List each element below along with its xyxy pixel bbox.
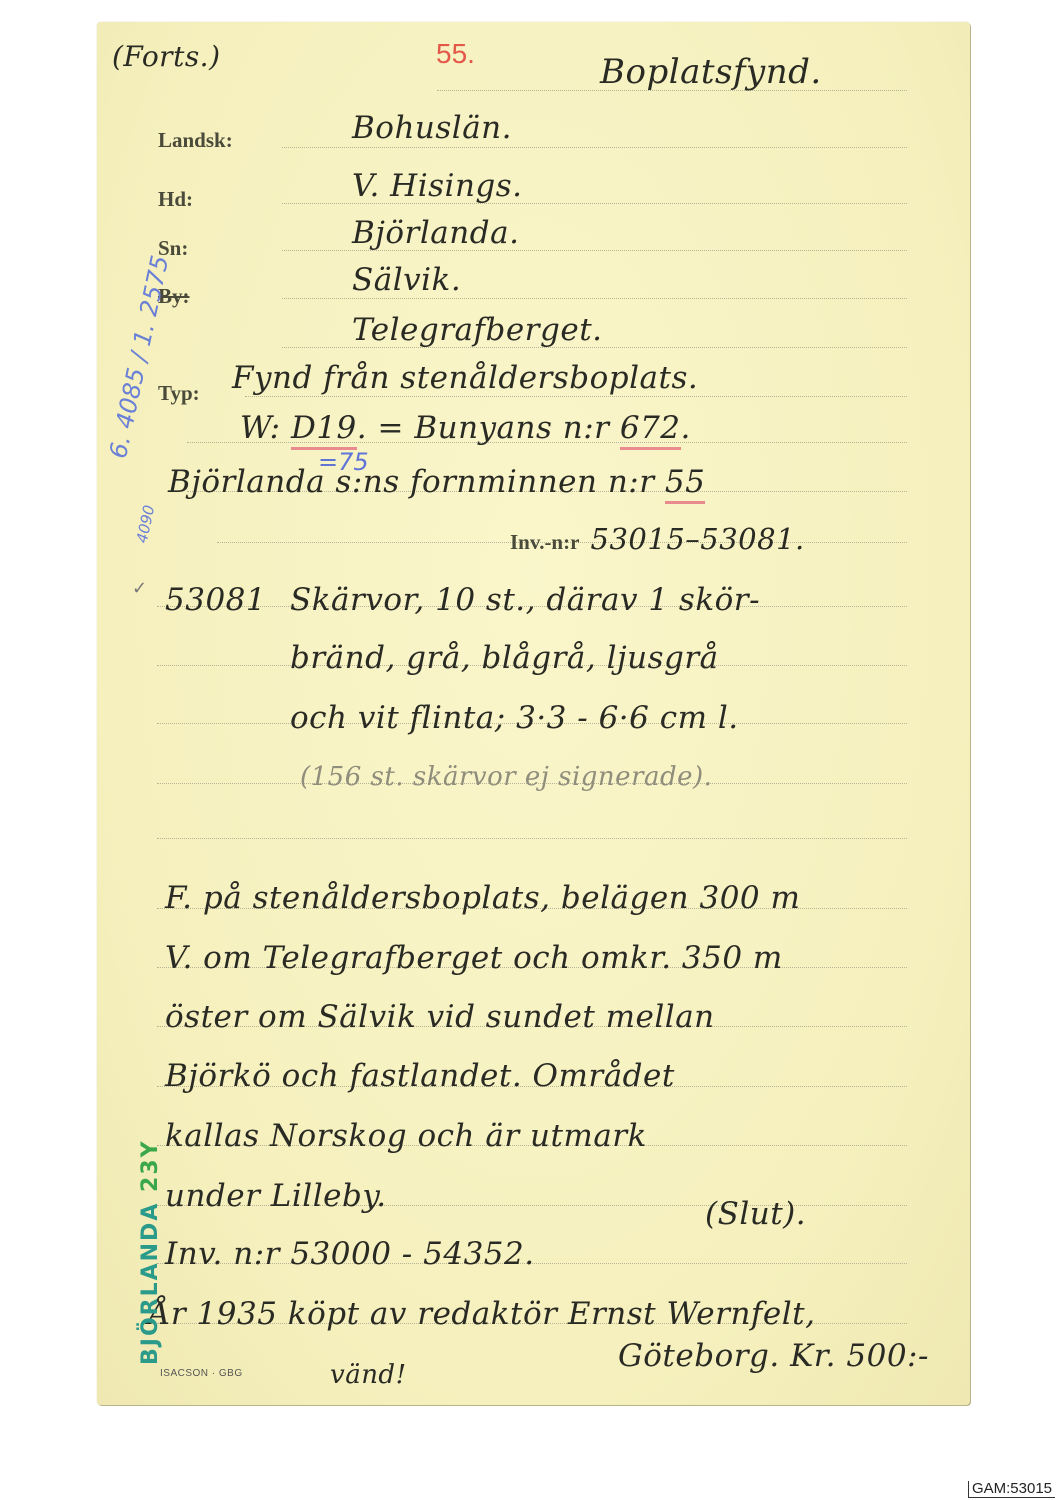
acquisition-line-1: År 1935 köpt av redaktör Ernst Wernfelt,: [148, 1296, 815, 1332]
item-line-1: Skärvor, 10 st., därav 1 skör-: [290, 582, 760, 618]
reference-suffix: .: [681, 410, 691, 446]
place-value: Telegrafberget.: [352, 312, 603, 348]
parish-text: Björlanda s:ns fornminnen n:r: [168, 464, 655, 500]
dotted-rule: [282, 298, 907, 299]
printer-mark: ISACSON · GBG: [160, 1368, 243, 1379]
landsk-value: Bohuslän.: [352, 110, 512, 146]
inventory-line: Inv.-n:r 53015–53081.: [510, 522, 805, 556]
acquisition-line-2: Göteborg. Kr. 500:-: [618, 1338, 929, 1374]
stamp-code: 23Y: [138, 1139, 163, 1192]
inventory-value: 53015–53081.: [591, 522, 805, 556]
landsk-label: Landsk:: [158, 128, 233, 153]
dotted-rule: [282, 147, 907, 148]
side-stamp: BJÖRLANDA 23Y: [138, 1139, 163, 1365]
bunyan-number: 672: [620, 410, 681, 450]
pencil-note: (156 st. skärvor ej signerade).: [300, 762, 712, 792]
description-line-3: öster om Sälvik vid sundet mellan: [165, 999, 715, 1035]
typ-value: Fynd från stenåldersboplats.: [232, 360, 698, 396]
dotted-rule: [157, 838, 907, 839]
reference-prefix: W:: [240, 410, 281, 446]
total-inventory: Inv. n:r 53000 - 54352.: [165, 1236, 535, 1272]
hd-label: Hd:: [158, 187, 193, 212]
hd-value: V. Hisings.: [352, 168, 523, 204]
reference-line: W: D19. = Bunyans n:r 672.: [240, 410, 691, 446]
inventory-label: Inv.-n:r: [510, 530, 579, 554]
description-line-5: kallas Norskog och är utmark: [165, 1118, 647, 1154]
reference-code: D19: [291, 410, 357, 450]
continuation-note: (Forts.): [112, 40, 221, 73]
item-line-3: och vit flinta; 3·3 - 6·6 cm l.: [290, 700, 739, 736]
turn-note: vänd!: [330, 1360, 407, 1390]
description-line-6: under Lilleby.: [165, 1178, 387, 1214]
stamp-parish: BJÖRLANDA: [138, 1202, 163, 1365]
sn-value: Björlanda.: [352, 215, 519, 251]
description-line-4: Björkö och fastlandet. Området: [165, 1058, 675, 1094]
end-note: (Slut).: [705, 1196, 806, 1232]
reference-middle: . = Bunyans n:r: [357, 410, 610, 446]
description-line-2: V. om Telegrafberget och omkr. 350 m: [165, 940, 783, 976]
check-mark: ✓: [132, 578, 147, 599]
catalog-id: GAM:53015: [968, 1481, 1055, 1498]
item-line-2: bränd, grå, blågrå, ljusgrå: [290, 640, 719, 676]
parish-line: Björlanda s:ns fornminnen n:r 55: [168, 464, 705, 500]
description-line-1: F. på stenåldersboplats, belägen 300 m: [165, 880, 800, 916]
by-value: Sälvik.: [352, 262, 461, 298]
parish-number: 55: [665, 464, 705, 504]
category-title: Boplatsfynd.: [600, 52, 822, 92]
dotted-rule: [245, 396, 907, 397]
card-number: 55.: [436, 38, 475, 70]
item-number: 53081: [165, 582, 266, 618]
